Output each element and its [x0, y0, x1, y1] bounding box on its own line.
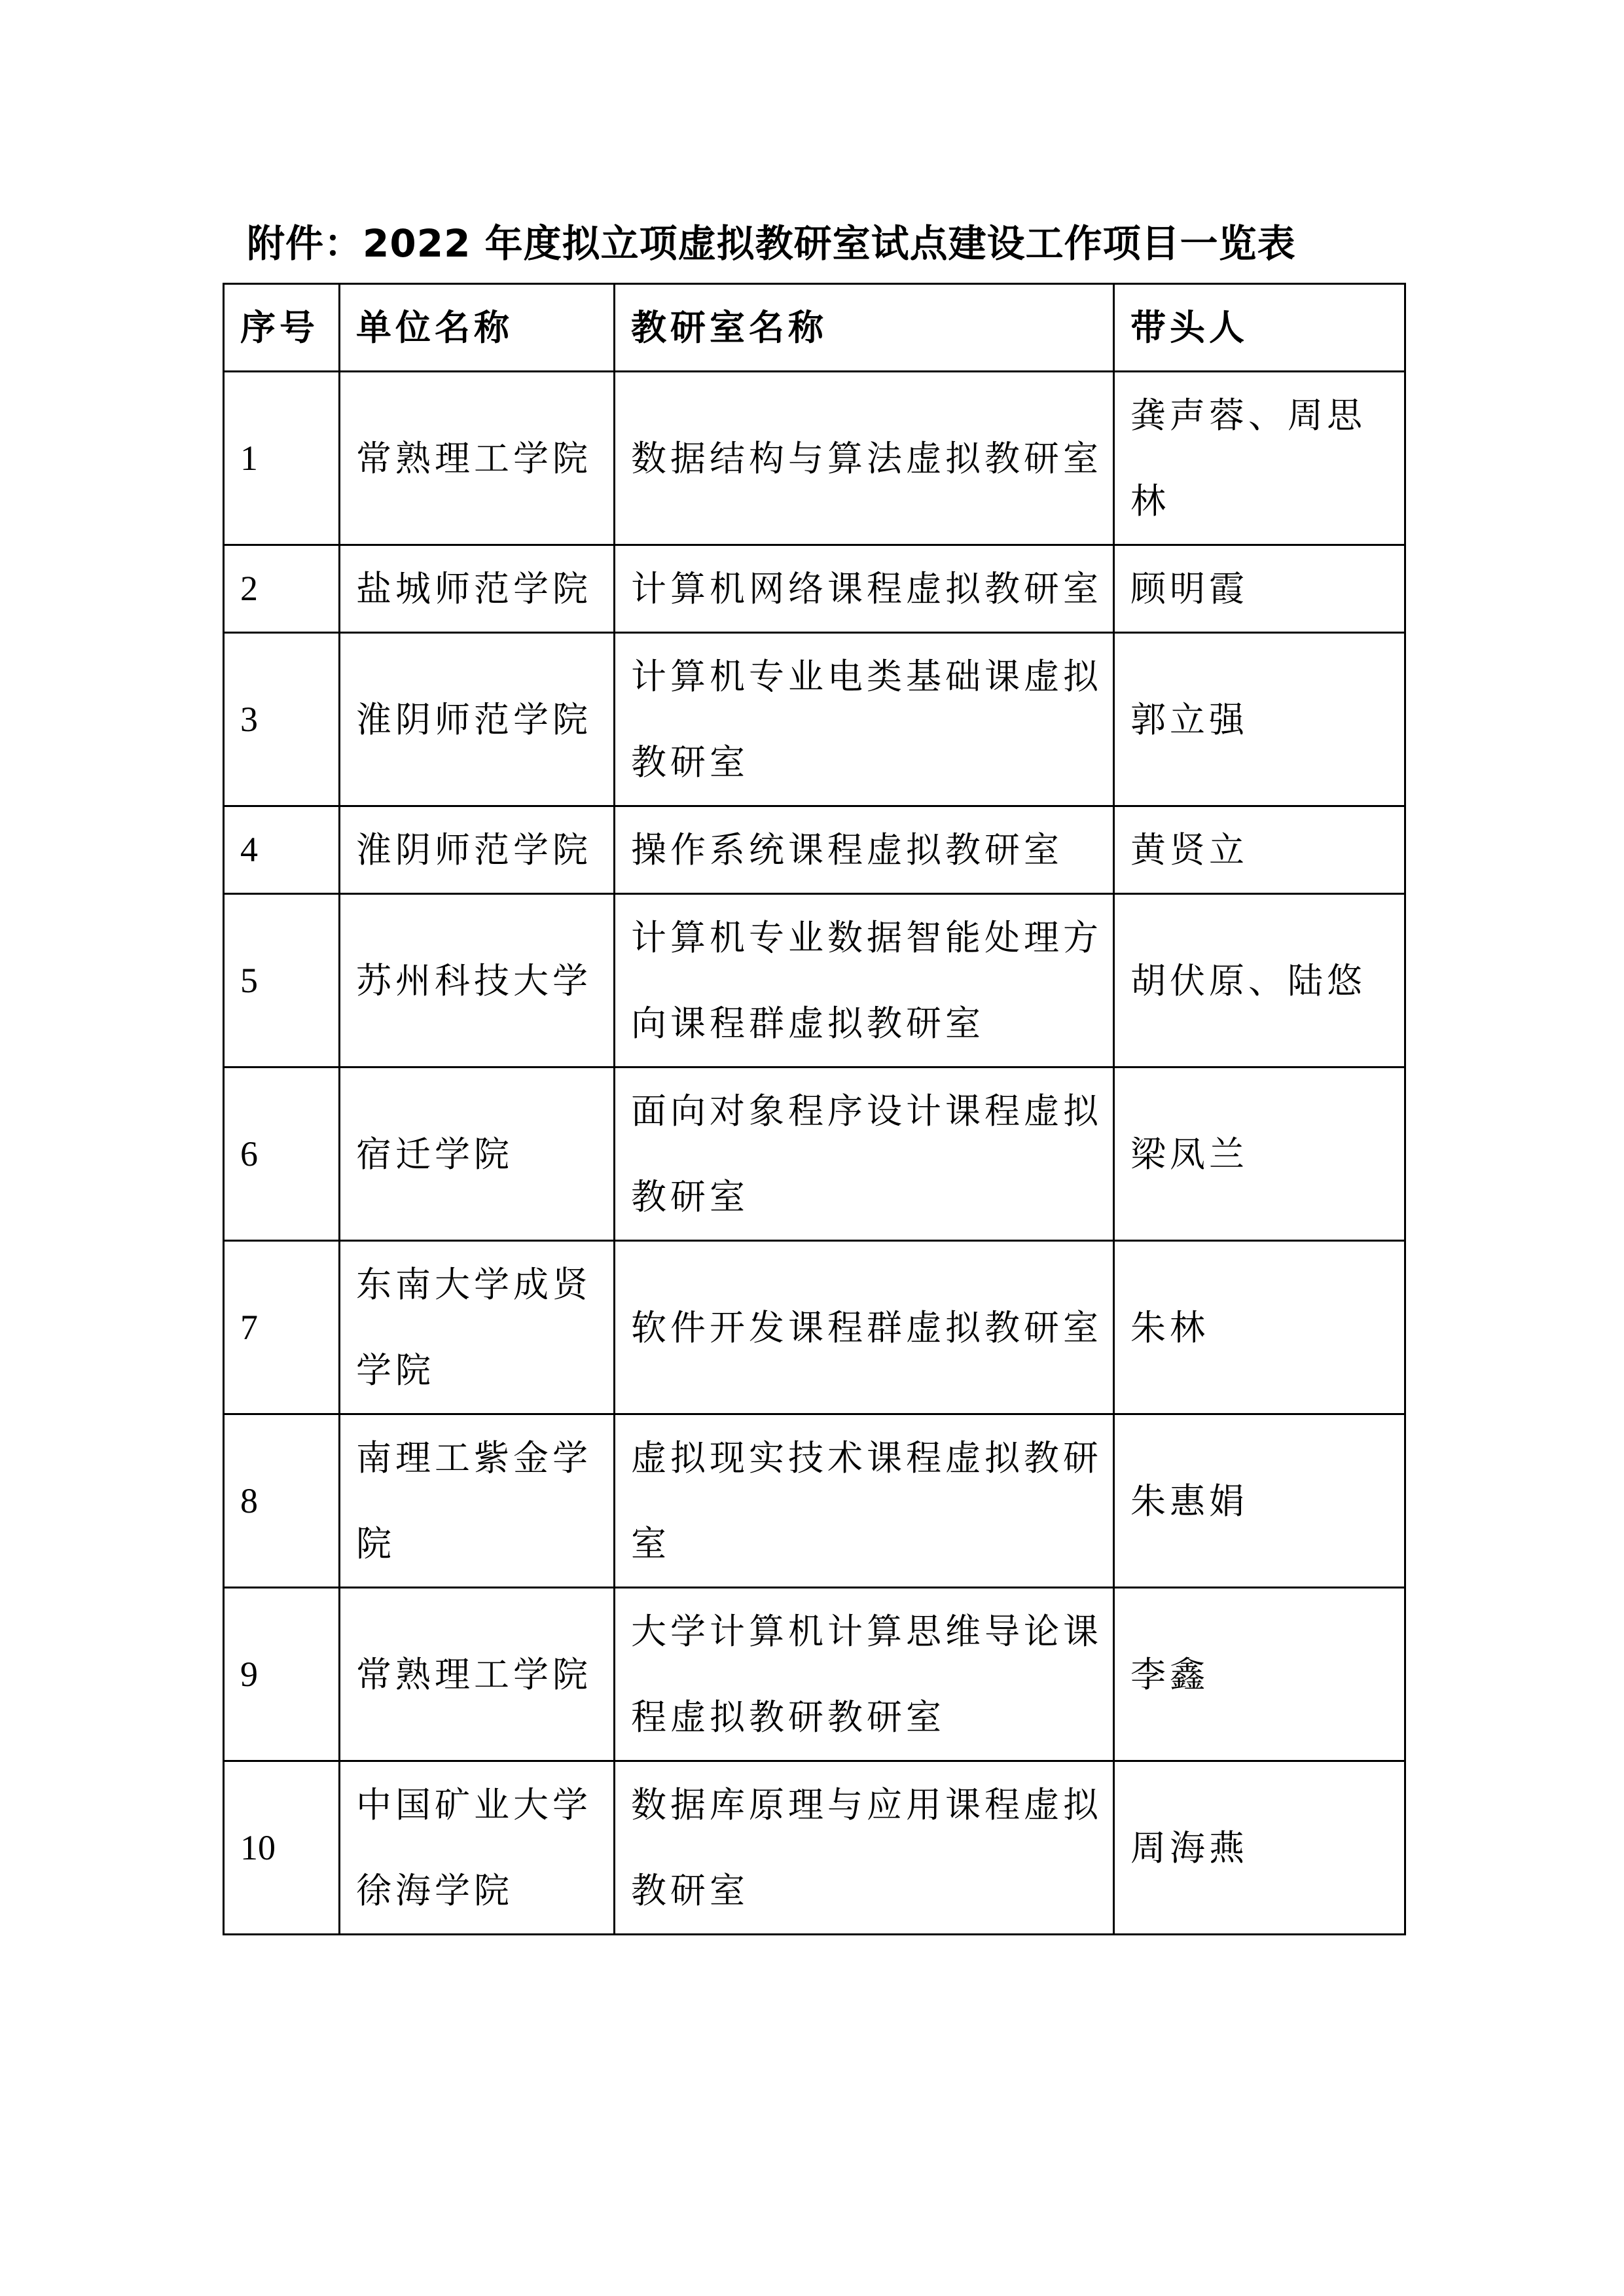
- cell-room-line: 教研室: [631, 719, 1100, 805]
- cell-room-line: 教研室: [631, 1154, 1100, 1240]
- cell-unit-line: 淮阴师范学院: [356, 677, 600, 762]
- cell-lead: 郭立强: [1114, 633, 1405, 806]
- cell-room-line: 计算机专业数据智能处理方: [631, 895, 1100, 980]
- cell-room: 数据库原理与应用课程虚拟教研室: [615, 1761, 1114, 1935]
- cell-unit-line: 南理工紫金学: [356, 1415, 600, 1501]
- cell-room: 操作系统课程虚拟教研室: [615, 806, 1114, 894]
- cell-no: 7: [224, 1241, 340, 1414]
- table-row: 5苏州科技大学计算机专业数据智能处理方向课程群虚拟教研室胡伏原、陆悠: [224, 894, 1405, 1067]
- table-row: 8南理工紫金学院虚拟现实技术课程虚拟教研室朱惠娟: [224, 1414, 1405, 1588]
- cell-unit: 东南大学成贤学院: [340, 1241, 615, 1414]
- cell-unit: 常熟理工学院: [340, 372, 615, 545]
- table-row: 10中国矿业大学徐海学院数据库原理与应用课程虚拟教研室周海燕: [224, 1761, 1405, 1935]
- cell-no: 10: [224, 1761, 340, 1935]
- cell-unit: 淮阴师范学院: [340, 806, 615, 894]
- cell-unit-line: 苏州科技大学: [356, 938, 600, 1024]
- cell-room-line: 数据库原理与应用课程虚拟: [631, 1762, 1100, 1848]
- cell-room: 数据结构与算法虚拟教研室: [615, 372, 1114, 545]
- cell-room-line: 向课程群虚拟教研室: [631, 980, 1100, 1066]
- cell-unit-line: 盐城师范学院: [356, 546, 600, 632]
- cell-unit: 常熟理工学院: [340, 1588, 615, 1761]
- cell-room-line: 计算机专业电类基础课虚拟: [631, 634, 1100, 719]
- cell-room-line: 大学计算机计算思维导论课: [631, 1588, 1100, 1674]
- cell-room: 计算机专业电类基础课虚拟教研室: [615, 633, 1114, 806]
- cell-no: 5: [224, 894, 340, 1067]
- cell-unit: 宿迁学院: [340, 1067, 615, 1241]
- cell-room-line: 程虚拟教研教研室: [631, 1674, 1100, 1760]
- cell-room-line: 数据结构与算法虚拟教研室: [631, 416, 1100, 501]
- cell-lead: 朱惠娟: [1114, 1414, 1405, 1588]
- cell-room-line: 软件开发课程群虚拟教研室: [631, 1285, 1100, 1371]
- cell-no: 6: [224, 1067, 340, 1241]
- cell-unit-line: 淮阴师范学院: [356, 807, 600, 893]
- cell-lead: 周海燕: [1114, 1761, 1405, 1935]
- cell-unit-line: 宿迁学院: [356, 1111, 600, 1197]
- cell-room-line: 面向对象程序设计课程虚拟: [631, 1068, 1100, 1154]
- cell-room: 计算机网络课程虚拟教研室: [615, 545, 1114, 633]
- header-no: 序号: [224, 284, 340, 372]
- cell-lead: 顾明霞: [1114, 545, 1405, 633]
- cell-room: 面向对象程序设计课程虚拟教研室: [615, 1067, 1114, 1241]
- table-row: 7东南大学成贤学院软件开发课程群虚拟教研室朱林: [224, 1241, 1405, 1414]
- cell-lead: 梁凤兰: [1114, 1067, 1405, 1241]
- cell-no: 3: [224, 633, 340, 806]
- cell-lead: 李鑫: [1114, 1588, 1405, 1761]
- cell-unit: 盐城师范学院: [340, 545, 615, 633]
- cell-unit-line: 院: [356, 1501, 600, 1587]
- table-header-row: 序号 单位名称 教研室名称 带头人: [224, 284, 1405, 372]
- cell-room: 大学计算机计算思维导论课程虚拟教研教研室: [615, 1588, 1114, 1761]
- header-room: 教研室名称: [615, 284, 1114, 372]
- cell-unit-line: 常熟理工学院: [356, 1632, 600, 1717]
- table-row: 9常熟理工学院大学计算机计算思维导论课程虚拟教研教研室李鑫: [224, 1588, 1405, 1761]
- cell-unit: 淮阴师范学院: [340, 633, 615, 806]
- cell-no: 9: [224, 1588, 340, 1761]
- cell-room-line: 操作系统课程虚拟教研室: [631, 807, 1100, 893]
- cell-lead: 龚声蓉、周思林: [1114, 372, 1405, 545]
- cell-room-line: 虚拟现实技术课程虚拟教研: [631, 1415, 1100, 1501]
- cell-room: 计算机专业数据智能处理方向课程群虚拟教研室: [615, 894, 1114, 1067]
- cell-unit: 南理工紫金学院: [340, 1414, 615, 1588]
- header-unit: 单位名称: [340, 284, 615, 372]
- cell-no: 4: [224, 806, 340, 894]
- document-title: 附件：2022 年度拟立项虚拟教研室试点建设工作项目一览表: [247, 217, 1296, 270]
- cell-unit-line: 东南大学成贤: [356, 1242, 600, 1327]
- cell-no: 2: [224, 545, 340, 633]
- cell-room-line: 室: [631, 1501, 1100, 1587]
- cell-unit-line: 常熟理工学院: [356, 416, 600, 501]
- cell-room-line: 教研室: [631, 1848, 1100, 1933]
- table-row: 2盐城师范学院计算机网络课程虚拟教研室顾明霞: [224, 545, 1405, 633]
- table-row: 4淮阴师范学院操作系统课程虚拟教研室黄贤立: [224, 806, 1405, 894]
- header-lead: 带头人: [1114, 284, 1405, 372]
- cell-lead: 胡伏原、陆悠: [1114, 894, 1405, 1067]
- cell-lead: 黄贤立: [1114, 806, 1405, 894]
- project-list-table: 序号 单位名称 教研室名称 带头人 1常熟理工学院数据结构与算法虚拟教研室龚声蓉…: [223, 283, 1406, 1935]
- cell-unit-line: 徐海学院: [356, 1848, 600, 1933]
- cell-unit-line: 中国矿业大学: [356, 1762, 600, 1848]
- cell-unit-line: 学院: [356, 1327, 600, 1413]
- table-row: 6宿迁学院面向对象程序设计课程虚拟教研室梁凤兰: [224, 1067, 1405, 1241]
- table-row: 3淮阴师范学院计算机专业电类基础课虚拟教研室郭立强: [224, 633, 1405, 806]
- cell-no: 1: [224, 372, 340, 545]
- cell-room: 虚拟现实技术课程虚拟教研室: [615, 1414, 1114, 1588]
- cell-unit: 苏州科技大学: [340, 894, 615, 1067]
- table-row: 1常熟理工学院数据结构与算法虚拟教研室龚声蓉、周思林: [224, 372, 1405, 545]
- cell-lead: 朱林: [1114, 1241, 1405, 1414]
- cell-room: 软件开发课程群虚拟教研室: [615, 1241, 1114, 1414]
- cell-no: 8: [224, 1414, 340, 1588]
- cell-unit: 中国矿业大学徐海学院: [340, 1761, 615, 1935]
- cell-room-line: 计算机网络课程虚拟教研室: [631, 546, 1100, 632]
